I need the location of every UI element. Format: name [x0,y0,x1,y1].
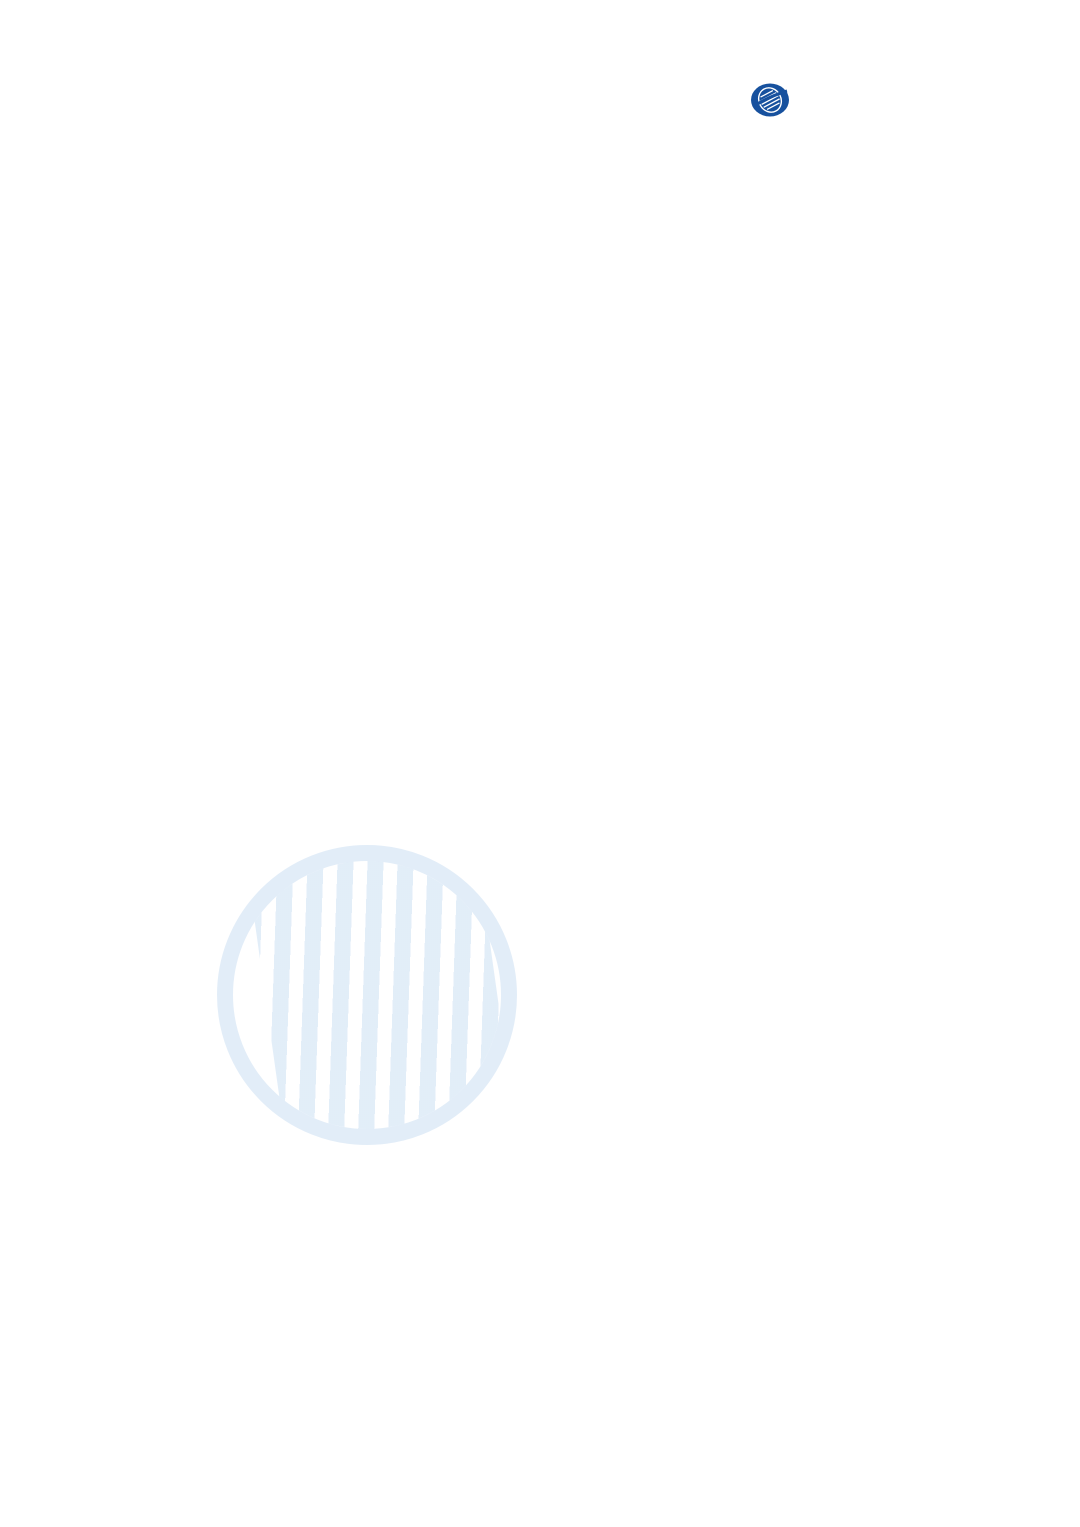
watermark-logo-icon [217,845,517,1145]
document-page [0,0,1080,1527]
decorative-wave-bottom [0,1287,1080,1527]
decorative-wave-top [0,0,1080,700]
watermark-text [698,708,703,711]
org-logo [750,82,799,118]
isc-globe-icon [750,82,790,118]
